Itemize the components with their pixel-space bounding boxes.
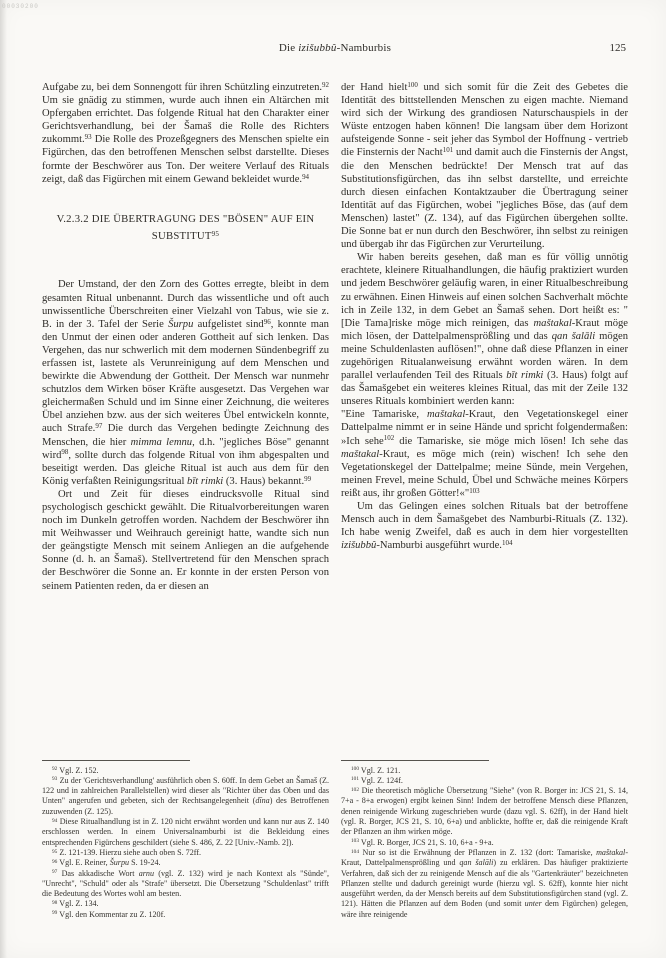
paragraph: Wir haben bereits gesehen, daß man es fü…: [341, 251, 628, 408]
left-column: Aufgabe zu, bei dem Sonnengott für ihren…: [42, 81, 329, 920]
paragraph: Ort und Zeit für dieses eindrucksvolle R…: [42, 488, 329, 593]
page-number: 125: [610, 42, 627, 54]
footnote-93: 93 Zu der 'Gerichtsverhandlung' ausführl…: [42, 776, 329, 817]
footnote-96: 96 Vgl. E. Reiner, Šurpu S. 19-24.: [42, 858, 329, 868]
right-footnote-list: 100 Vgl. Z. 121.101 Vgl. Z. 124f.102 Die…: [341, 766, 628, 920]
footnote-94: 94 Diese Ritualhandlung ist in Z. 120 ni…: [42, 817, 329, 848]
section-heading: V.2.3.2 DIE ÜBERTRAGUNG DES "BÖSEN" AUF …: [48, 211, 323, 246]
left-column-body: Aufgabe zu, bei dem Sonnengott für ihren…: [42, 81, 329, 593]
text-columns: Aufgabe zu, bei dem Sonnengott für ihren…: [42, 81, 628, 920]
right-column-body: der Hand hielt100 und sich somit für die…: [341, 81, 628, 552]
footnote-102: 102 Die theoretisch mögliche Übersetzung…: [341, 786, 628, 837]
footnote-98: 98 Vgl. Z. 134.: [42, 899, 329, 909]
left-footnote-list: 92 Vgl. Z. 152.93 Zu der 'Gerichtsverhan…: [42, 766, 329, 920]
paragraph: Aufgabe zu, bei dem Sonnengott für ihren…: [42, 81, 329, 186]
right-column: der Hand hielt100 und sich somit für die…: [341, 81, 628, 920]
right-footnotes: 100 Vgl. Z. 121.101 Vgl. Z. 124f.102 Die…: [341, 752, 628, 920]
footnote-104: 104 Nur so ist die Erwähnung der Pflanze…: [341, 848, 628, 920]
footnote-92: 92 Vgl. Z. 152.: [42, 766, 329, 776]
page-content: Die izišubbû-Namburbis 125 Aufgabe zu, b…: [0, 0, 666, 958]
running-header: Die izišubbû-Namburbis 125: [42, 42, 628, 57]
footnote-103: 103 Vgl. R. Borger, JCS 21, S. 10, 6+a -…: [341, 838, 628, 848]
footnote-95: 95 Z. 121-139. Hierzu siehe auch oben S.…: [42, 848, 329, 858]
scanned-page: 00030200 Die izišubbû-Namburbis 125 Aufg…: [0, 0, 666, 958]
paragraph: Der Umstand, der den Zorn des Gottes err…: [42, 278, 329, 488]
paragraph: der Hand hielt100 und sich somit für die…: [341, 81, 628, 251]
left-footnotes: 92 Vgl. Z. 152.93 Zu der 'Gerichtsverhan…: [42, 752, 329, 920]
footnote-rule: [42, 760, 190, 761]
footnote-rule: [341, 760, 489, 761]
paragraph: Um das Gelingen eines solchen Rituals ba…: [341, 500, 628, 552]
running-header-title: Die izišubbû-Namburbis: [42, 42, 628, 54]
block-quote: "Eine Tamariske, maštakal-Kraut, den Veg…: [341, 408, 628, 500]
footnote-97: 97 Das akkadische Wort arnu (vgl. Z. 132…: [42, 869, 329, 900]
footnote-100: 100 Vgl. Z. 121.: [341, 766, 628, 776]
footnote-99: 99 Vgl. den Kommentar zu Z. 120f.: [42, 910, 329, 920]
footnote-101: 101 Vgl. Z. 124f.: [341, 776, 628, 786]
